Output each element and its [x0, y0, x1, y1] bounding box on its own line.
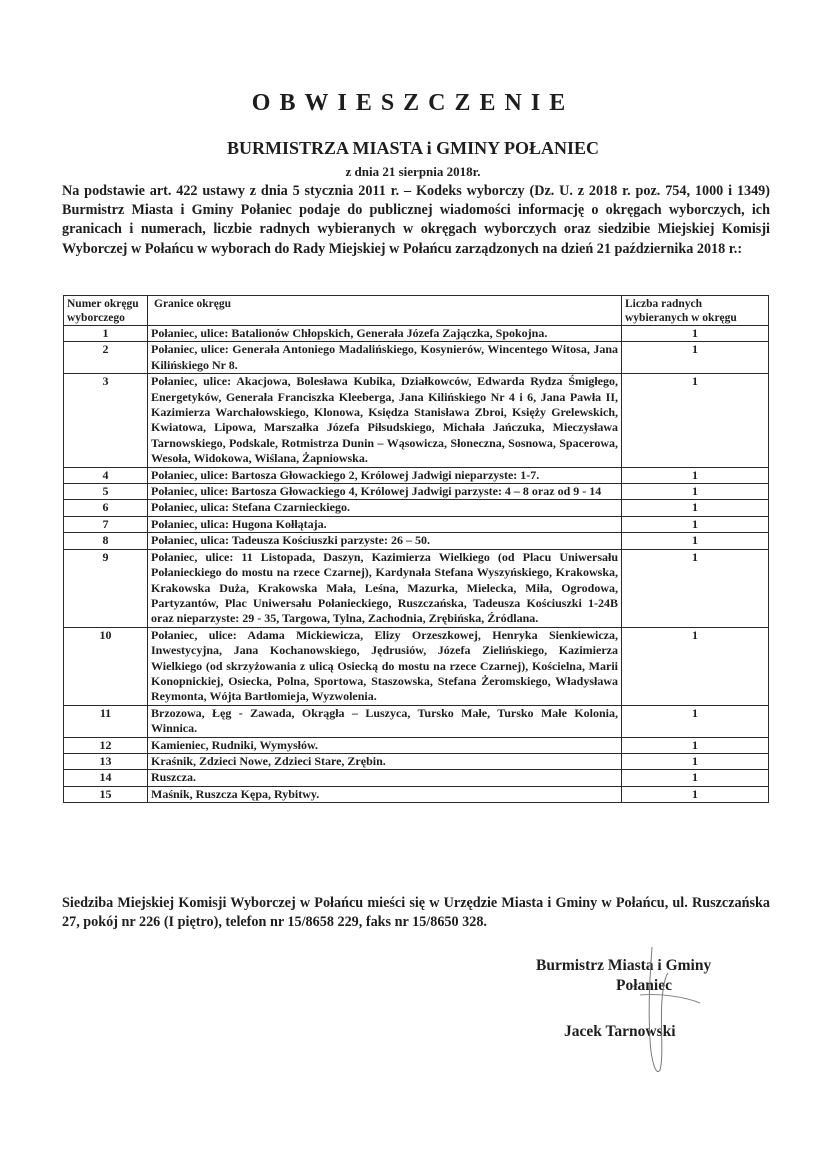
district-bounds: Połaniec, ulica: Hugona Kołłątaja. [148, 516, 622, 532]
notice-date: z dnia 21 sierpnia 2018r. [0, 164, 826, 180]
district-bounds: Połaniec, ulice: Bartosza Głowackiego 2,… [148, 467, 622, 483]
councillor-count: 1 [622, 500, 769, 516]
header-district-bounds: Granice okręgu [148, 296, 622, 326]
district-bounds: Połaniec, ulica: Stefana Czarnieckiego. [148, 500, 622, 516]
councillor-count: 1 [622, 533, 769, 549]
table-row: 3Połaniec, ulice: Akacjowa, Bolesława Ku… [64, 374, 769, 467]
district-number: 12 [64, 737, 148, 753]
table-row: 10Połaniec, ulice: Adama Mickiewicza, El… [64, 627, 769, 705]
district-number: 11 [64, 705, 148, 737]
district-bounds: Połaniec, ulica: Tadeusza Kościuszki par… [148, 533, 622, 549]
councillor-count: 1 [622, 549, 769, 627]
table-row: 6Połaniec, ulica: Stefana Czarnieckiego.… [64, 500, 769, 516]
table-row: 1Połaniec, ulice: Batalionów Chłopskich,… [64, 326, 769, 342]
district-bounds: Połaniec, ulice: 11 Listopada, Daszyn, K… [148, 549, 622, 627]
councillor-count: 1 [622, 786, 769, 802]
issuer-heading: BURMISTRZA MIASTA i GMINY POŁANIEC [0, 138, 826, 159]
district-number: 13 [64, 753, 148, 769]
district-number: 2 [64, 342, 148, 374]
table-row: 12Kamieniec, Rudniki, Wymysłów.1 [64, 737, 769, 753]
councillor-count: 1 [622, 705, 769, 737]
district-number: 1 [64, 326, 148, 342]
header-district-number: Numer okręgu wyborczego [64, 296, 148, 326]
district-number: 7 [64, 516, 148, 532]
table-row: 11Brzozowa, Łęg - Zawada, Okrągła – Lusz… [64, 705, 769, 737]
councillor-count: 1 [622, 516, 769, 532]
table-row: 9Połaniec, ulice: 11 Listopada, Daszyn, … [64, 549, 769, 627]
notice-title: OBWIESZCZENIE [0, 90, 826, 117]
handwritten-signature-icon [630, 945, 710, 1080]
councillor-count: 1 [622, 770, 769, 786]
table-row: 14Ruszcza.1 [64, 770, 769, 786]
table-row: 15Maśnik, Ruszcza Kępa, Rybitwy.1 [64, 786, 769, 802]
district-number: 10 [64, 627, 148, 705]
district-bounds: Ruszcza. [148, 770, 622, 786]
table-row: 5Połaniec, ulice: Bartosza Głowackiego 4… [64, 484, 769, 500]
district-number: 9 [64, 549, 148, 627]
district-number: 14 [64, 770, 148, 786]
councillor-count: 1 [622, 753, 769, 769]
district-bounds: Połaniec, ulice: Akacjowa, Bolesława Kub… [148, 374, 622, 467]
table-row: 7Połaniec, ulica: Hugona Kołłątaja.1 [64, 516, 769, 532]
district-number: 8 [64, 533, 148, 549]
district-bounds: Brzozowa, Łęg - Zawada, Okrągła – Luszyc… [148, 705, 622, 737]
commission-seat-paragraph: Siedziba Miejskiej Komisji Wyborczej w P… [62, 894, 770, 933]
councillor-count: 1 [622, 627, 769, 705]
councillor-count: 1 [622, 737, 769, 753]
table-row: 8Połaniec, ulica: Tadeusza Kościuszki pa… [64, 533, 769, 549]
district-bounds: Połaniec, ulice: Generała Antoniego Mada… [148, 342, 622, 374]
district-bounds: Połaniec, ulice: Bartosza Głowackiego 4,… [148, 484, 622, 500]
councillor-count: 1 [622, 374, 769, 467]
councillor-count: 1 [622, 467, 769, 483]
councillor-count: 1 [622, 484, 769, 500]
table-header-row: Numer okręgu wyborczego Granice okręgu L… [64, 296, 769, 326]
intro-paragraph: Na podstawie art. 422 ustawy z dnia 5 st… [62, 182, 770, 259]
table-row: 4Połaniec, ulice: Bartosza Głowackiego 2… [64, 467, 769, 483]
district-number: 4 [64, 467, 148, 483]
district-bounds: Maśnik, Ruszcza Kępa, Rybitwy. [148, 786, 622, 802]
district-bounds: Kraśnik, Zdzieci Nowe, Zdzieci Stare, Zr… [148, 753, 622, 769]
district-number: 6 [64, 500, 148, 516]
district-bounds: Połaniec, ulice: Batalionów Chłopskich, … [148, 326, 622, 342]
district-number: 15 [64, 786, 148, 802]
district-bounds: Kamieniec, Rudniki, Wymysłów. [148, 737, 622, 753]
table-row: 2Połaniec, ulice: Generała Antoniego Mad… [64, 342, 769, 374]
district-bounds: Połaniec, ulice: Adama Mickiewicza, Eliz… [148, 627, 622, 705]
councillor-count: 1 [622, 342, 769, 374]
table-row: 13Kraśnik, Zdzieci Nowe, Zdzieci Stare, … [64, 753, 769, 769]
district-number: 3 [64, 374, 148, 467]
councillor-count: 1 [622, 326, 769, 342]
header-councillor-count: Liczba radnych wybieranych w okręgu [622, 296, 769, 326]
electoral-districts-table: Numer okręgu wyborczego Granice okręgu L… [63, 295, 769, 803]
district-number: 5 [64, 484, 148, 500]
